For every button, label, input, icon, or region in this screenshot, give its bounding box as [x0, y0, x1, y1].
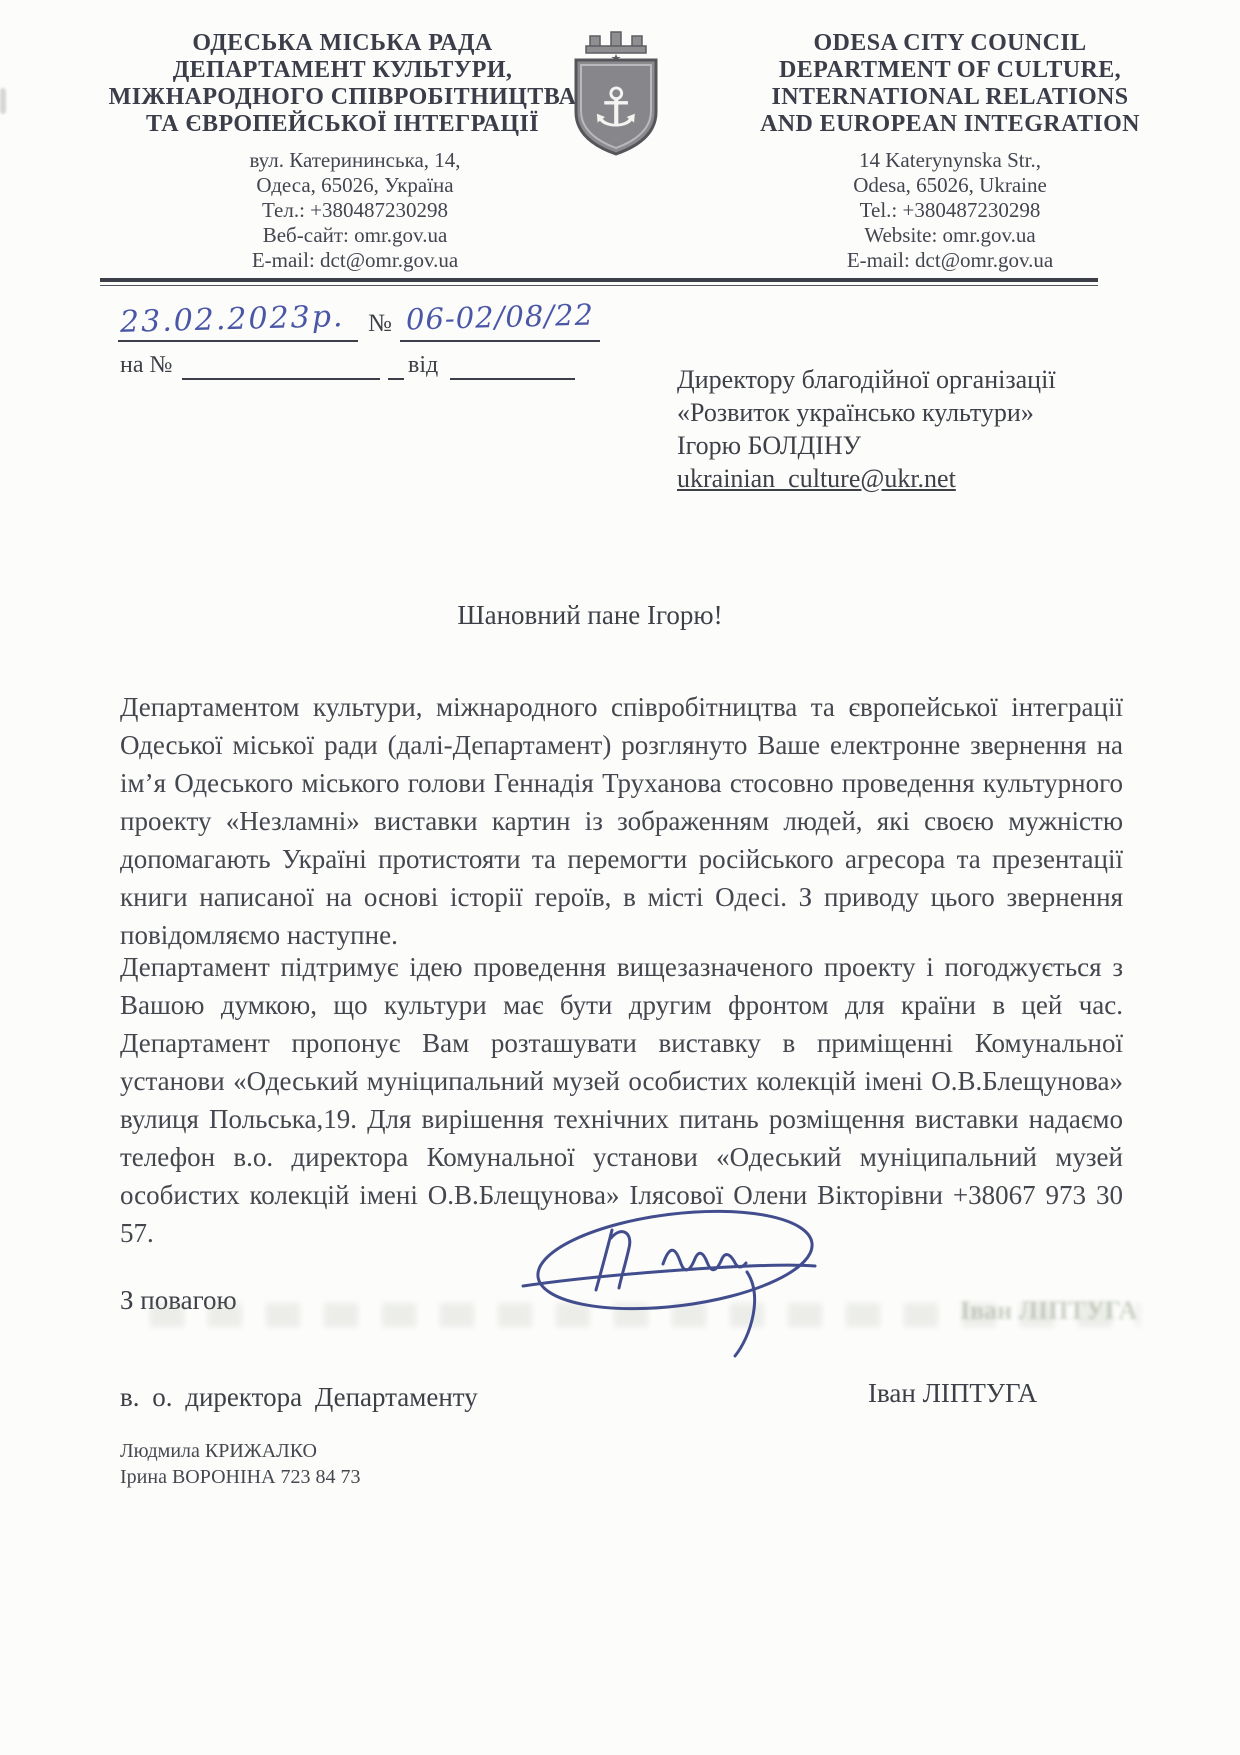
address-block-english: 14 Katerynynska Str., Odesa, 65026, Ukra…: [670, 148, 1230, 273]
blank-line: [388, 378, 404, 380]
address-line: Веб-сайт: omr.gov.ua: [145, 223, 565, 248]
recipient-email: ukrainian_culture@ukr.net: [677, 462, 1056, 495]
address-line: Website: omr.gov.ua: [670, 223, 1230, 248]
number-sign-label: №: [368, 310, 392, 338]
address-line: 14 Katerynynska Str.,: [670, 148, 1230, 173]
address-line: Odesa, 65026, Ukraine: [670, 173, 1230, 198]
address-line: Tel.: +380487230298: [670, 198, 1230, 223]
scanned-letter-page: ОДЕСЬКА МІСЬКА РАДА ДЕПАРТАМЕНТ КУЛЬТУРИ…: [0, 0, 1240, 1755]
vid-label: від: [408, 352, 438, 379]
executor-line: Людмила КРИЖАЛКО: [120, 1438, 361, 1464]
org-name-line: ODESA CITY COUNCIL: [670, 30, 1230, 57]
org-name-line: DEPARTMENT OF CULTURE,: [670, 57, 1230, 84]
letterhead: ОДЕСЬКА МІСЬКА РАДА ДЕПАРТАМЕНТ КУЛЬТУРИ…: [0, 30, 1240, 273]
header-divider-rule: [100, 278, 1098, 286]
blank-line: [400, 340, 600, 342]
bleed-through-ghost-name: Іван ЛІПТУГА: [960, 1296, 1137, 1326]
recipient-line: «Розвиток українсько культури»: [677, 396, 1056, 429]
recipient-line: Директору благодійної організації: [677, 363, 1056, 396]
blank-line: [450, 378, 575, 380]
recipient-line: Ігорю БОЛДІНУ: [677, 429, 1056, 462]
signer-position: в. о. директора Департаменту: [120, 1382, 478, 1413]
signer-name: Іван ЛІПТУГА: [868, 1378, 1037, 1409]
address-line: Тел.: +380487230298: [145, 198, 565, 223]
address-line: E-mail: dct@omr.gov.ua: [145, 248, 565, 273]
org-name-line: МІЖНАРОДНОГО СПІВРОБІТНИЦТВА: [90, 84, 595, 111]
org-name-line: ДЕПАРТАМЕНТ КУЛЬТУРИ,: [90, 57, 595, 84]
recipient-block: Директору благодійної організації «Розви…: [677, 363, 1056, 495]
letterhead-ukrainian: ОДЕСЬКА МІСЬКА РАДА ДЕПАРТАМЕНТ КУЛЬТУРИ…: [90, 30, 595, 273]
blank-line: [118, 340, 358, 342]
address-block-ukrainian: вул. Катерининська, 14, Одеса, 65026, Ук…: [145, 148, 565, 273]
handwritten-date: 23.02.2023р.: [120, 299, 345, 340]
org-name-line: INTERNATIONAL RELATIONS: [670, 84, 1230, 111]
executor-footer: Людмила КРИЖАЛКО Ірина ВОРОНІНА 723 84 7…: [120, 1438, 361, 1490]
na-number-label: на №: [120, 352, 172, 379]
address-line: E-mail: dct@omr.gov.ua: [670, 248, 1230, 273]
anchor-icon: ⚓: [592, 76, 640, 139]
body-paragraph-1: Департаментом культури, міжнародного спі…: [120, 688, 1123, 954]
handwritten-outgoing-number: 06-02/08/22: [406, 298, 595, 337]
org-name-line: ТА ЄВРОПЕЙСЬКОЇ ІНТЕГРАЦІЇ: [90, 111, 595, 138]
handwritten-signature-icon: [515, 1178, 825, 1368]
letterhead-english: ODESA CITY COUNCIL DEPARTMENT OF CULTURE…: [670, 30, 1230, 273]
blank-line: [182, 378, 380, 380]
odesa-coat-of-arms-icon: ⚓: [560, 30, 680, 273]
executor-line: Ірина ВОРОНІНА 723 84 73: [120, 1464, 361, 1490]
address-line: вул. Катерининська, 14,: [145, 148, 565, 173]
org-name-line: AND EUROPEAN INTEGRATION: [670, 111, 1230, 138]
salutation: Шановний пане Ігорю!: [60, 600, 1120, 631]
address-line: Одеса, 65026, Україна: [145, 173, 565, 198]
org-name-line: ОДЕСЬКА МІСЬКА РАДА: [90, 30, 595, 57]
